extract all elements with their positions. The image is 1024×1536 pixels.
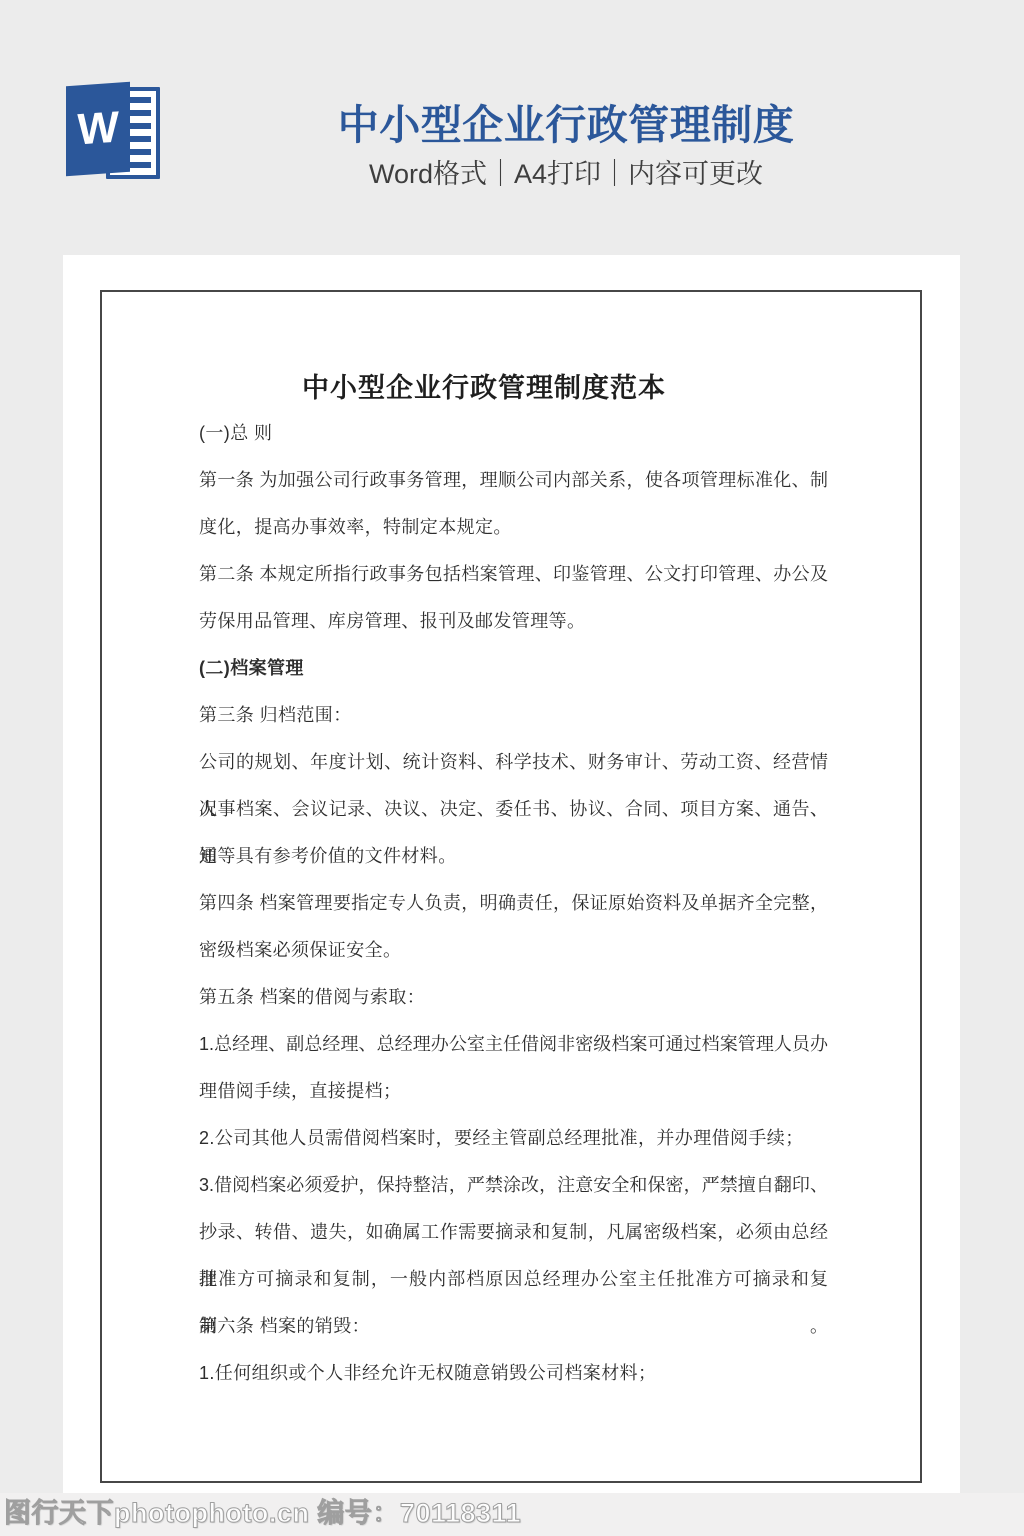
word-icon-panel: W bbox=[66, 82, 130, 176]
document-line: 第一条 为加强公司行政事务管理，理顺公司内部关系，使各项管理标准化、制 bbox=[199, 457, 828, 504]
document-line: 抄录、转借、遗失，如确属工作需要摘录和复制，凡属密级档案，必须由总经理 bbox=[199, 1209, 828, 1256]
header-title: 中小型企业行政管理制度 bbox=[338, 92, 795, 151]
document-line: 3.借阅档案必须爱护，保持整洁，严禁涂改，注意安全和保密，严禁擅自翻印、 bbox=[199, 1162, 828, 1209]
document-sheet: 中小型企业行政管理制度范本 (一)总 则第一条 为加强公司行政事务管理，理顺公司… bbox=[63, 255, 960, 1493]
document-line: 人事档案、会议记录、决议、决定、委任书、协议、合同、项目方案、通告、通 bbox=[199, 786, 828, 833]
document-line: 密级档案必须保证安全。 bbox=[199, 927, 828, 974]
word-icon: W bbox=[66, 80, 156, 178]
document-line: 劳保用品管理、库房管理、报刊及邮发管理等。 bbox=[199, 598, 828, 645]
document-line: 1.总经理、副总经理、总经理办公室主任借阅非密级档案可通过档案管理人员办 bbox=[199, 1021, 828, 1068]
document-border-box: 中小型企业行政管理制度范本 (一)总 则第一条 为加强公司行政事务管理，理顺公司… bbox=[100, 290, 922, 1483]
document-line: 理借阅手续，直接提档； bbox=[199, 1068, 828, 1115]
document-line: 1.任何组织或个人非经允许无权随意销毁公司档案材料； bbox=[199, 1350, 828, 1397]
document-line: 第三条 归档范围： bbox=[199, 692, 828, 739]
document-line: (二)档案管理 bbox=[199, 645, 828, 692]
word-icon-letter: W bbox=[77, 106, 119, 153]
document-content: 中小型企业行政管理制度范本 (一)总 则第一条 为加强公司行政事务管理，理顺公司… bbox=[199, 292, 828, 1397]
footer-strip: 图行天下photophoto.cn 编号：70118311 bbox=[0, 1493, 1024, 1536]
page: W 中小型企业行政管理制度 Word格式｜A4打印｜内容可更改 中小型企业行政管… bbox=[0, 0, 1024, 1536]
header-subtitle: Word格式｜A4打印｜内容可更改 bbox=[369, 152, 763, 191]
document-line: 批准方可摘录和复制，一般内部档原因总经理办公室主任批准方可摘录和复制。 bbox=[199, 1256, 828, 1303]
document-line: 2.公司其他人员需借阅档案时，要经主管副总经理批准，并办理借阅手续； bbox=[199, 1115, 828, 1162]
document-title: 中小型企业行政管理制度范本 bbox=[199, 368, 769, 408]
document-line: 第五条 档案的借阅与索取： bbox=[199, 974, 828, 1021]
watermark-text: 图行天下photophoto.cn 编号：70118311 bbox=[4, 1491, 521, 1530]
document-line: 公司的规划、年度计划、统计资料、科学技术、财务审计、劳动工资、经营情况、 bbox=[199, 739, 828, 786]
document-line: 知等具有参考价值的文件材料。 bbox=[199, 833, 828, 880]
document-body: (一)总 则第一条 为加强公司行政事务管理，理顺公司内部关系，使各项管理标准化、… bbox=[199, 410, 828, 1397]
document-line: 度化，提高办事效率，特制定本规定。 bbox=[199, 504, 828, 551]
document-line: 第二条 本规定所指行政事务包括档案管理、印鉴管理、公文打印管理、办公及 bbox=[199, 551, 828, 598]
document-line: 第四条 档案管理要指定专人负责，明确责任，保证原始资料及单据齐全完整， bbox=[199, 880, 828, 927]
document-line: (一)总 则 bbox=[199, 410, 828, 457]
